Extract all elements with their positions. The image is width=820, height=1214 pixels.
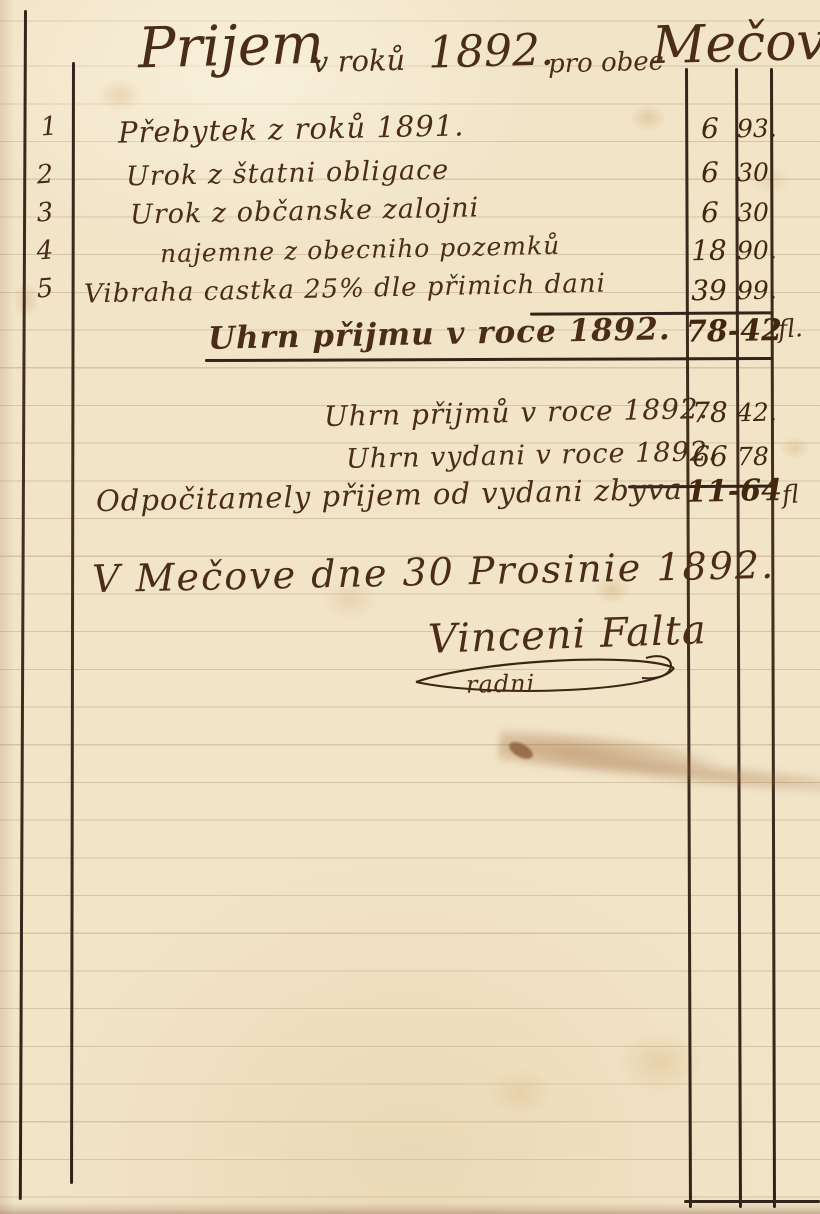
entry-number-3: 3 — [31, 197, 59, 229]
summary-income-label: Uhrn přijmů v roce 1892. — [324, 392, 709, 433]
title-word-mecov: Mečov — [651, 12, 820, 77]
entry-gulden-3: 6 — [688, 196, 733, 230]
entry-number-2: 2 — [31, 159, 59, 191]
summary-expense-gulden: 66 — [688, 440, 733, 474]
ink-rule-bottom-columns — [684, 1200, 820, 1203]
entry-text-4: najemne z obecniho pozemků — [160, 231, 561, 268]
left-margin-rule-outer — [19, 10, 27, 1200]
dateline: V Mečove dne 30 Prosinie 1892. — [92, 543, 776, 601]
entry-kreuzer-3: 30 — [737, 198, 770, 228]
entry-text-1: Přebytek z roků 1891. — [118, 108, 465, 149]
entry-text-2: Urok z štatni obligace — [126, 155, 450, 193]
entry-gulden-5: 39 — [686, 274, 733, 308]
entry-kreuzer-4: 90. — [737, 236, 770, 266]
entry-number-4: 4 — [31, 235, 59, 267]
entry-text-3: Urok z občanske zalojni — [130, 192, 480, 230]
entry-number-1: 1 — [35, 111, 63, 143]
entry-kreuzer-2: 30 — [737, 158, 770, 188]
summary-balance-label: Odpočitamely přijem od vydani zbyva — [96, 472, 683, 518]
title-word-vroku: v roků — [312, 43, 406, 79]
entry-kreuzer-5: 99. — [737, 276, 770, 306]
left-margin-rule-inner — [70, 62, 74, 1184]
total-amount: 78-42 — [686, 313, 771, 349]
summary-balance-currency-mark: fl — [781, 479, 800, 509]
summary-balance-amount: 11-64 — [686, 473, 771, 509]
entry-text-5: Vibraha castka 25% dle přimich dani — [84, 269, 606, 310]
summary-expense-label: Uhrn vydani v roce 1892. — [346, 436, 718, 475]
entry-gulden-2: 6 — [688, 156, 733, 190]
total-currency-mark: fl. — [777, 313, 804, 344]
total-label: Uhrn přijmu v roce 1892. — [208, 311, 671, 357]
signature-flourish — [408, 646, 684, 708]
title-year: 1892. — [427, 24, 554, 78]
signature-role: radni — [466, 669, 536, 698]
summary-income-gulden: 78 — [688, 396, 733, 430]
ledger-page: Prijem v roků 1892. pro obec Mečov 1 2 3… — [0, 0, 820, 1214]
title-word-proobec: pro obec — [548, 46, 664, 79]
entry-gulden-1: 6 — [688, 112, 733, 146]
entry-number-5: 5 — [31, 273, 59, 305]
entry-gulden-4: 18 — [686, 234, 733, 268]
summary-income-kreuzer: 42. — [737, 398, 770, 428]
entry-kreuzer-1: 93. — [737, 114, 770, 144]
summary-expense-kreuzer: 78 — [737, 442, 770, 472]
title-word-prijem: Prijem — [137, 12, 325, 82]
